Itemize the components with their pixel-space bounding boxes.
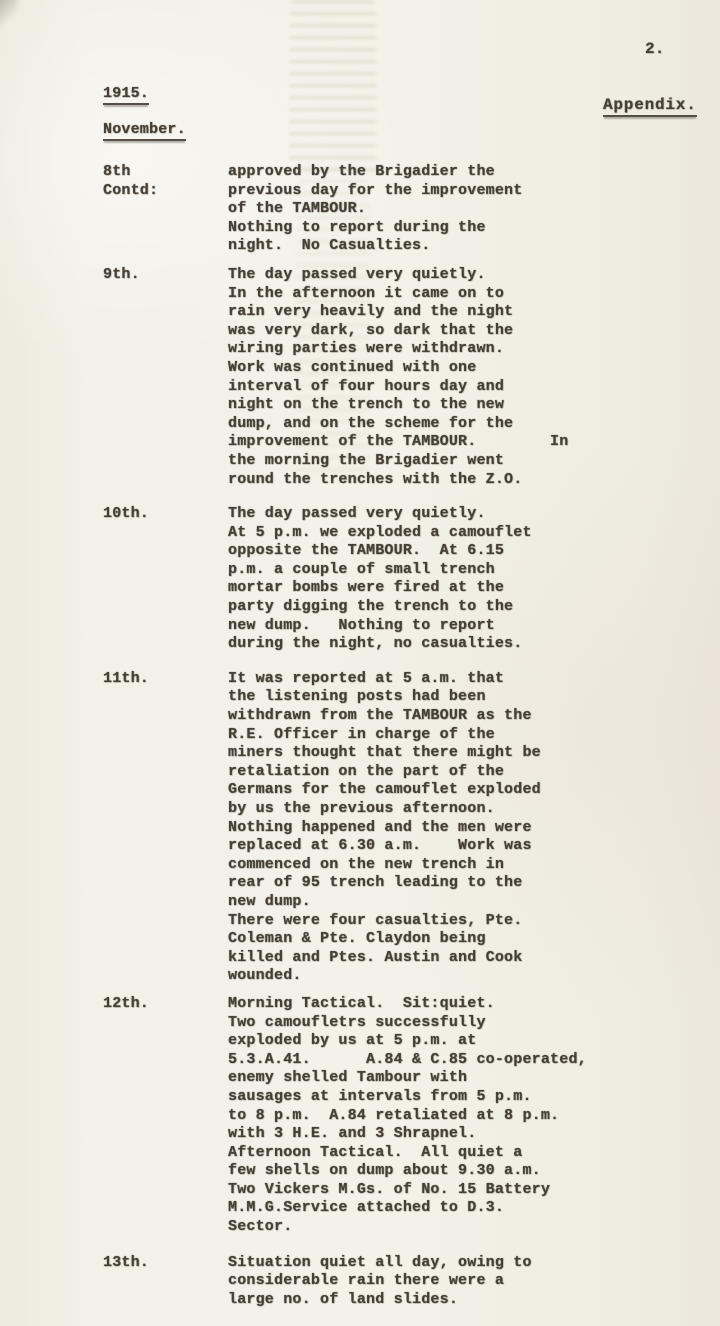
entry-body-line: Morning Tactical. Sit:quiet. <box>228 995 615 1014</box>
paper-corner-smudge <box>0 0 18 30</box>
diary-entry: 10th.The day passed very quietly.At 5 p.… <box>103 505 615 654</box>
entry-body-line: Coleman & Pte. Claydon being <box>228 930 615 949</box>
entry-body-line: dump, and on the scheme for the <box>228 415 615 434</box>
entry-body-line: mortar bombs were fired at the <box>228 579 615 598</box>
entry-body: approved by the Brigadier theprevious da… <box>228 163 615 256</box>
entry-body-line: rain very heavily and the night <box>228 303 615 322</box>
entry-body-line: killed and Ptes. Austin and Cook <box>228 949 615 968</box>
entry-body-line: wounded. <box>228 967 615 986</box>
entry-body-line: It was reported at 5 a.m. that <box>228 670 615 689</box>
diary-entry: 9th.The day passed very quietly.In the a… <box>103 266 615 489</box>
entry-date: 9th. <box>103 266 228 285</box>
entry-body: Situation quiet all day, owing toconside… <box>228 1254 615 1310</box>
entry-body-line: Two camoufletrs successfully <box>228 1014 615 1033</box>
entry-body-line: withdrawn from the TAMBOUR as the <box>228 707 615 726</box>
entry-body-line: The day passed very quietly. <box>228 266 615 285</box>
entry-body-line: new dump. Nothing to report <box>228 617 615 636</box>
entry-body-line: Two Vickers M.Gs. of No. 15 Battery <box>228 1181 615 1200</box>
entry-body-line: the morning the Brigadier went <box>228 452 615 471</box>
entry-body-line: The day passed very quietly. <box>228 505 615 524</box>
diary-entry: 12th.Morning Tactical. Sit:quiet.Two cam… <box>103 995 615 1237</box>
month-heading: November. <box>103 121 186 141</box>
entry-body-line: approved by the Brigadier the <box>228 163 615 182</box>
entry-body-line: exploded by us at 5 p.m. at <box>228 1032 615 1051</box>
entry-body-line: Afternoon Tactical. All quiet a <box>228 1144 615 1163</box>
entry-body: Morning Tactical. Sit:quiet.Two camoufle… <box>228 995 615 1237</box>
diary-entries: 8thContd:approved by the Brigadier thepr… <box>103 163 615 1309</box>
entry-body-line: party digging the trench to the <box>228 598 615 617</box>
entry-body-line: enemy shelled Tambour with <box>228 1069 615 1088</box>
page-number: 2. <box>645 40 665 58</box>
entry-body-line: the listening posts had been <box>228 688 615 707</box>
entry-body-line: of the TAMBOUR. <box>228 200 615 219</box>
diary-entry: 13th.Situation quiet all day, owing toco… <box>103 1254 615 1310</box>
entry-body-line: by us the previous afternoon. <box>228 800 615 819</box>
entry-body-line: to 8 p.m. A.84 retaliated at 8 p.m. <box>228 1107 615 1126</box>
entry-body-line: Nothing to report during the <box>228 219 615 238</box>
entry-body-line: p.m. a couple of small trench <box>228 561 615 580</box>
entry-body-line: In the afternoon it came on to <box>228 285 615 304</box>
entry-body-line: commenced on the new trench in <box>228 856 615 875</box>
entry-body-line: Situation quiet all day, owing to <box>228 1254 615 1273</box>
entry-body-line: large no. of land slides. <box>228 1291 615 1310</box>
entry-date-line: 8th <box>103 163 228 182</box>
appendix-heading: Appendix. <box>603 96 697 117</box>
entry-body-line: R.E. Officer in charge of the <box>228 726 615 745</box>
entry-body-line: considerable rain there were a <box>228 1272 615 1291</box>
entry-body-line: There were four casualties, Pte. <box>228 912 615 931</box>
entry-body-line: Work was continued with one <box>228 359 615 378</box>
paper-showthrough-texture <box>290 0 376 175</box>
entry-body: The day passed very quietly.At 5 p.m. we… <box>228 505 615 654</box>
entry-date-line: 11th. <box>103 670 228 689</box>
entry-body: The day passed very quietly.In the after… <box>228 266 615 489</box>
entry-body-line: At 5 p.m. we exploded a camouflet <box>228 524 615 543</box>
entry-date-line: 9th. <box>103 266 228 285</box>
entry-body-line: M.M.G.Service attached to D.3. <box>228 1199 615 1218</box>
entry-body-line: night. No Casualties. <box>228 237 615 256</box>
entry-date: 8thContd: <box>103 163 228 200</box>
entry-body-line: interval of four hours day and <box>228 378 615 397</box>
entry-date-line: 13th. <box>103 1254 228 1273</box>
entry-body-line: night on the trench to the new <box>228 396 615 415</box>
entry-body-line: new dump. <box>228 893 615 912</box>
entry-body-line: with 3 H.E. and 3 Shrapnel. <box>228 1125 615 1144</box>
entry-body-line: previous day for the improvement <box>228 182 615 201</box>
entry-body-line: few shells on dump about 9.30 a.m. <box>228 1162 615 1181</box>
entry-body-line: 5.3.A.41. A.84 & C.85 co-operated, <box>228 1051 615 1070</box>
entry-body: It was reported at 5 a.m. thatthe listen… <box>228 670 615 986</box>
entry-body-line: Germans for the camouflet exploded <box>228 781 615 800</box>
entry-body-line: replaced at 6.30 a.m. Work was <box>228 837 615 856</box>
entry-date: 11th. <box>103 670 228 689</box>
entry-date: 12th. <box>103 995 228 1014</box>
entry-date-line: 12th. <box>103 995 228 1014</box>
entry-body-line: Sector. <box>228 1218 615 1237</box>
entry-body-line: Nothing happened and the men were <box>228 819 615 838</box>
entry-body-line: improvement of the TAMBOUR. In <box>228 433 615 452</box>
entry-body-line: retaliation on the part of the <box>228 763 615 782</box>
diary-page: 2. 1915. Appendix. November. 8thContd:ap… <box>0 0 720 1326</box>
entry-body-line: sausages at intervals from 5 p.m. <box>228 1088 615 1107</box>
entry-body-line: miners thought that there might be <box>228 744 615 763</box>
entry-date-line: 10th. <box>103 505 228 524</box>
diary-entry: 11th.It was reported at 5 a.m. thatthe l… <box>103 670 615 986</box>
entry-body-line: wiring parties were withdrawn. <box>228 340 615 359</box>
entry-date: 13th. <box>103 1254 228 1273</box>
year-heading: 1915. <box>103 85 149 105</box>
entry-date-line: Contd: <box>103 182 228 201</box>
entry-body-line: round the trenches with the Z.O. <box>228 471 615 490</box>
entry-body-line: was very dark, so dark that the <box>228 322 615 341</box>
entry-body-line: rear of 95 trench leading to the <box>228 874 615 893</box>
entry-body-line: opposite the TAMBOUR. At 6.15 <box>228 542 615 561</box>
entry-body-line: during the night, no casualties. <box>228 635 615 654</box>
entry-date: 10th. <box>103 505 228 524</box>
diary-entry: 8thContd:approved by the Brigadier thepr… <box>103 163 615 256</box>
